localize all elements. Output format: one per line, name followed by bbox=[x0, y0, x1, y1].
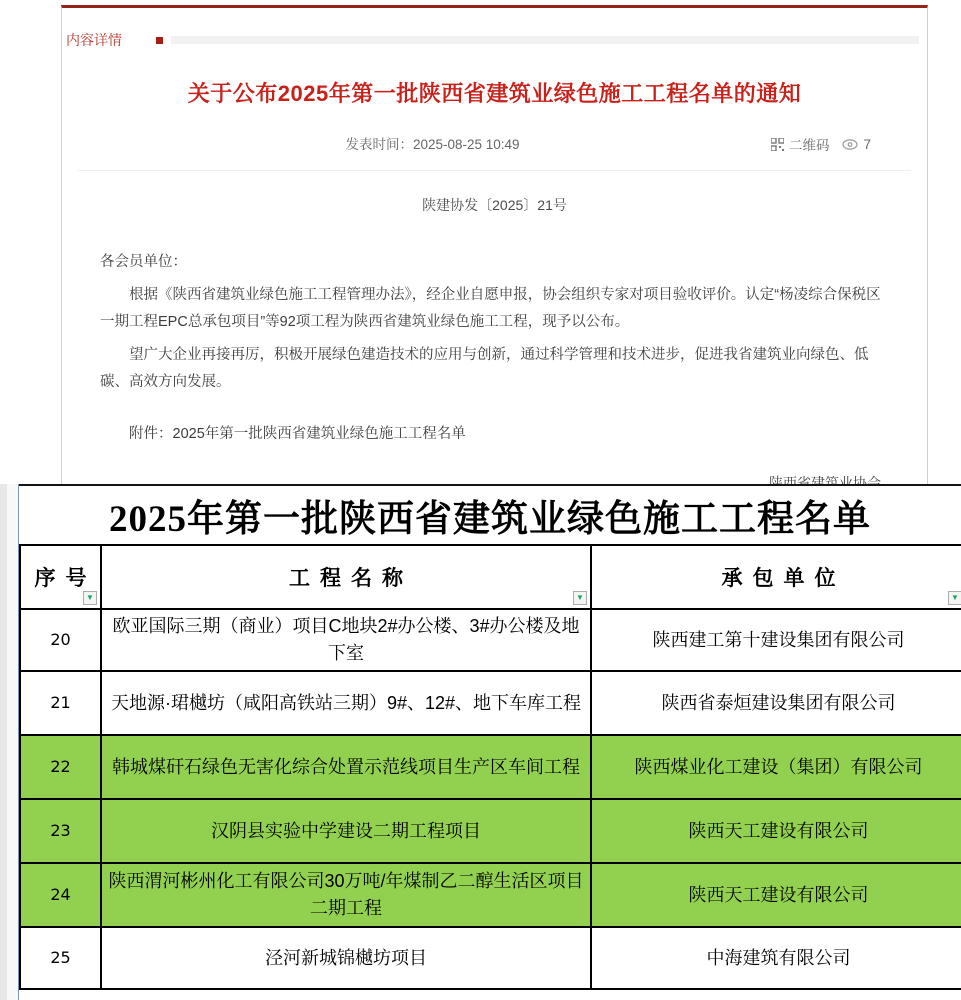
section-title: 内容详情 bbox=[66, 30, 122, 50]
column-header-contractor: 承包单位 ▼ bbox=[591, 545, 961, 609]
column-header-project: 工程名称 ▼ bbox=[101, 545, 591, 609]
body-paragraph: 根据《陕西省建筑业绿色施工工程管理办法》，经企业自愿申报，协会组织专家对项目验收… bbox=[100, 282, 889, 336]
meta-divider bbox=[78, 170, 911, 171]
project-name: 天地源·珺樾坊（咸阳高铁站三期）9#、12#、地下车库工程 bbox=[101, 671, 591, 735]
qr-code-label[interactable]: 二维码 bbox=[789, 134, 830, 154]
table-row: 21 天地源·珺樾坊（咸阳高铁站三期）9#、12#、地下车库工程 陕西省泰烜建设… bbox=[20, 671, 961, 735]
contractor-name: 陕西天工建设有限公司 bbox=[591, 863, 961, 927]
row-no: 22 bbox=[20, 735, 101, 799]
projects-table: 序号 ▼ 工程名称 ▼ 承包单位 ▼ 20 欧亚国际三期（商业）项目C地块2#办… bbox=[19, 544, 961, 990]
article-body: 各会员单位： 根据《陕西省建筑业绿色施工工程管理办法》，经企业自愿申报，协会组织… bbox=[100, 249, 889, 396]
filter-dropdown-project[interactable]: ▼ bbox=[573, 591, 587, 605]
filter-dropdown-no[interactable]: ▼ bbox=[83, 591, 97, 605]
row-no: 21 bbox=[20, 671, 101, 735]
qr-code-icon[interactable] bbox=[771, 138, 784, 151]
notice-section: 内容详情 关于公布2025年第一批陕西省建筑业绿色施工工程名单的通知 发表时间：… bbox=[0, 0, 961, 484]
article-title: 关于公布2025年第一批陕西省建筑业绿色施工工程名单的通知 bbox=[62, 77, 927, 108]
project-name: 欧亚国际三期（商业）项目C地块2#办公楼、3#办公楼及地下室 bbox=[101, 609, 591, 671]
content-detail-panel: 内容详情 关于公布2025年第一批陕西省建筑业绿色施工工程名单的通知 发表时间：… bbox=[61, 5, 928, 484]
contractor-name: 陕西天工建设有限公司 bbox=[591, 799, 961, 863]
body-paragraph: 望广大企业再接再厉，积极开展绿色建造技术的应用与创新，通过科学管理和技术进步，促… bbox=[100, 342, 889, 396]
project-name: 韩城煤矸石绿色无害化综合处置示范线项目生产区车间工程 bbox=[101, 735, 591, 799]
row-no: 25 bbox=[20, 927, 101, 989]
contractor-name: 陕西煤业化工建设（集团）有限公司 bbox=[591, 735, 961, 799]
spreadsheet-section: 2025年第一批陕西省建筑业绿色施工工程名单 序号 ▼ 工程名称 ▼ 承包单位 … bbox=[0, 484, 961, 1000]
views-eye-icon bbox=[842, 139, 858, 150]
table-area: 2025年第一批陕西省建筑业绿色施工工程名单 序号 ▼ 工程名称 ▼ 承包单位 … bbox=[19, 484, 961, 1000]
red-square-bullet bbox=[156, 37, 163, 44]
table-row: 23 汉阴县实验中学建设二期工程项目 陕西天工建设有限公司 bbox=[20, 799, 961, 863]
header-divider-bar bbox=[171, 36, 919, 44]
table-row: 20 欧亚国际三期（商业）项目C地块2#办公楼、3#办公楼及地下室 陕西建工第十… bbox=[20, 609, 961, 671]
panel-header: 内容详情 bbox=[62, 30, 927, 50]
table-row: 22 韩城煤矸石绿色无害化综合处置示范线项目生产区车间工程 陕西煤业化工建设（集… bbox=[20, 735, 961, 799]
sheet-left-margin bbox=[0, 484, 19, 1000]
contractor-name: 中海建筑有限公司 bbox=[591, 927, 961, 989]
view-count: 7 bbox=[863, 137, 871, 152]
column-header-no: 序号 ▼ bbox=[20, 545, 101, 609]
contractor-name: 陕西建工第十建设集团有限公司 bbox=[591, 609, 961, 671]
project-name: 汉阴县实验中学建设二期工程项目 bbox=[101, 799, 591, 863]
article-meta: 发表时间：2025-08-25 10:49 二维码 bbox=[62, 133, 927, 153]
row-no: 24 bbox=[20, 863, 101, 927]
row-no: 23 bbox=[20, 799, 101, 863]
table-row: 25 泾河新城锦樾坊项目 中海建筑有限公司 bbox=[20, 927, 961, 989]
project-name: 陕西渭河彬州化工有限公司30万吨/年煤制乙二醇生活区项目二期工程 bbox=[101, 863, 591, 927]
contractor-name: 陕西省泰烜建设集团有限公司 bbox=[591, 671, 961, 735]
attachment-line: 附件：2025年第一批陕西省建筑业绿色施工工程名单 bbox=[100, 422, 889, 443]
filter-dropdown-contractor[interactable]: ▼ bbox=[948, 591, 961, 605]
row-no: 20 bbox=[20, 609, 101, 671]
table-header-row: 序号 ▼ 工程名称 ▼ 承包单位 ▼ bbox=[20, 545, 961, 609]
publish-time: 发表时间：2025-08-25 10:49 bbox=[0, 133, 865, 153]
salutation: 各会员单位： bbox=[100, 249, 889, 276]
document-number: 陕建协发〔2025〕21号 bbox=[62, 195, 927, 215]
table-row: 24 陕西渭河彬州化工有限公司30万吨/年煤制乙二醇生活区项目二期工程 陕西天工… bbox=[20, 863, 961, 927]
project-name: 泾河新城锦樾坊项目 bbox=[101, 927, 591, 989]
table-title: 2025年第一批陕西省建筑业绿色施工工程名单 bbox=[19, 484, 961, 544]
